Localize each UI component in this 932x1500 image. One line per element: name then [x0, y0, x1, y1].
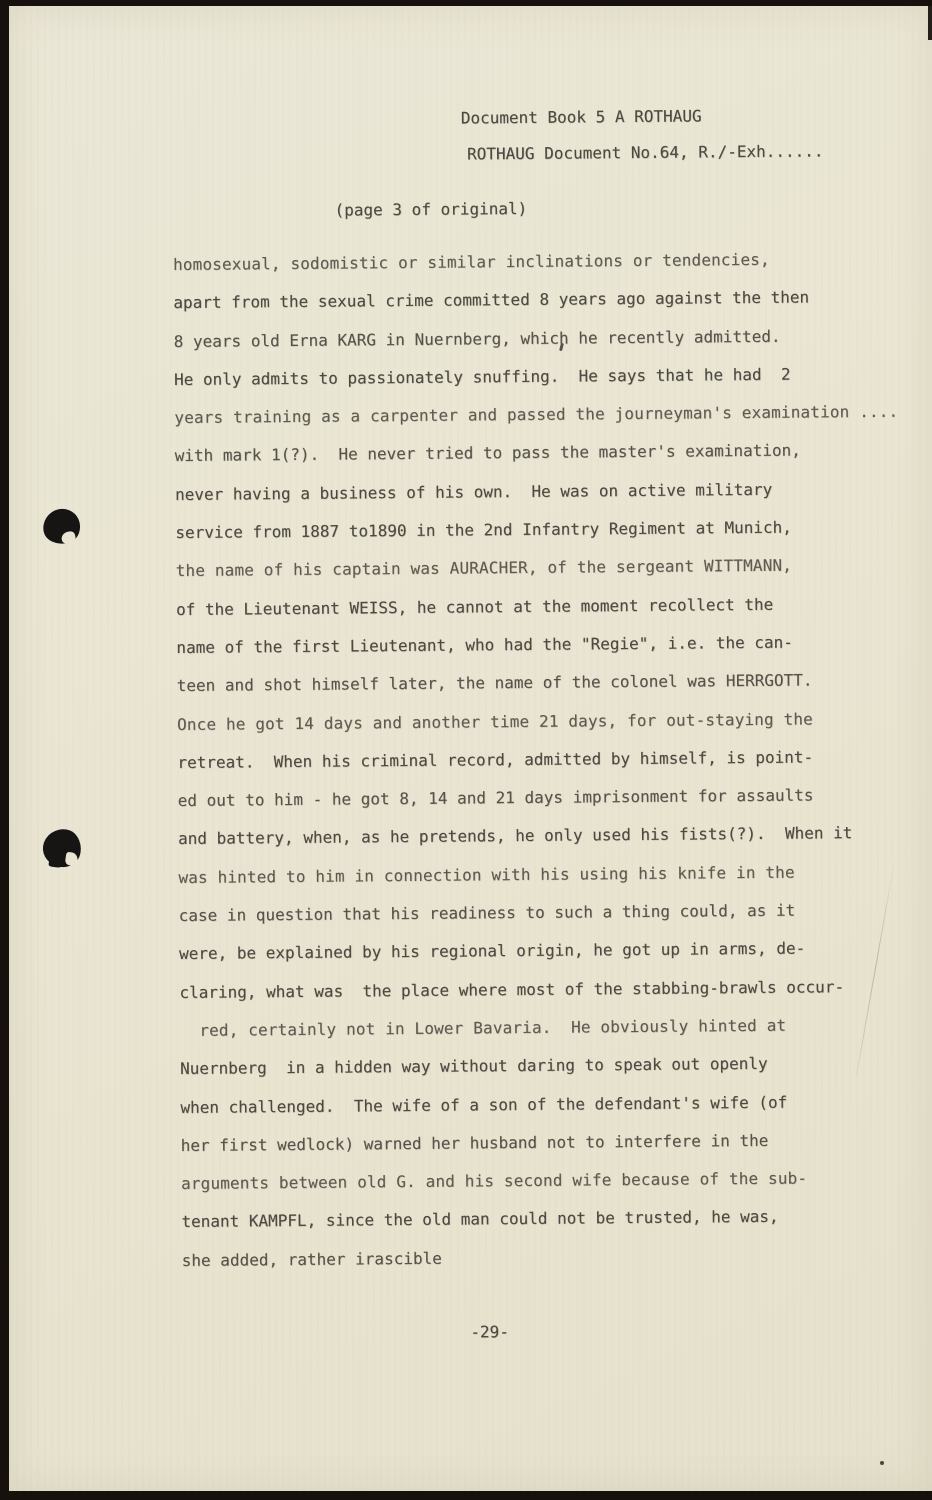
- body-line: teen and shot himself later, the name of…: [177, 661, 901, 706]
- body-line: Nuernberg in a hidden way without daring…: [180, 1044, 904, 1089]
- body-line: He only admits to passionately snuffing.…: [174, 355, 898, 400]
- page-reference: (page 3 of original): [334, 199, 527, 220]
- body-line: ed out to him - he got 8, 14 and 21 days…: [178, 776, 902, 821]
- typed-content: Document Book 5 A ROTHAUG ROTHAUG Docume…: [0, 0, 932, 1492]
- body-line: case in question that his readiness to s…: [179, 891, 903, 936]
- body-line: with mark 1(?). He never tried to pass t…: [175, 431, 899, 476]
- body-line: apart from the sexual crime committed 8 …: [173, 278, 897, 323]
- body-line: service from 1887 to1890 in the 2nd Infa…: [175, 508, 899, 553]
- body-line: retreat. When his criminal record, admit…: [177, 738, 901, 783]
- body-line: red, certainly not in Lower Bavaria. He …: [180, 1006, 904, 1051]
- scanned-page: Document Book 5 A ROTHAUG ROTHAUG Docume…: [9, 6, 932, 1491]
- body-line: and battery, when, as he pretends, he on…: [178, 814, 902, 859]
- body-line: claring, what was the place where most o…: [179, 967, 903, 1012]
- body-line: her first wedlock) warned her husband no…: [181, 1121, 905, 1166]
- body-line: she added, rather irascible: [182, 1235, 906, 1280]
- body-line: Once he got 14 days and another time 21 …: [177, 699, 901, 744]
- document-number-line: ROTHAUG Document No.64, R./-Exh......: [467, 141, 824, 163]
- page-number: -29-: [470, 1322, 509, 1341]
- body-line: the name of his captain was AURACHER, of…: [176, 546, 900, 591]
- ink-speck: [880, 1461, 884, 1465]
- body-line: years training as a carpenter and passed…: [174, 393, 898, 438]
- body-line: never having a business of his own. He w…: [175, 470, 899, 515]
- body-line: were, be explained by his regional origi…: [179, 929, 903, 974]
- body-line: tenant KAMPFL, since the old man could n…: [181, 1197, 905, 1242]
- body-line: was hinted to him in connection with his…: [178, 852, 902, 897]
- body-line: homosexual, sodomistic or similar inclin…: [173, 240, 897, 285]
- body-line: 8 years old Erna KARG in Nuernberg, whic…: [174, 316, 898, 361]
- body-line: when challenged. The wife of a son of th…: [180, 1082, 904, 1127]
- document-book-title: Document Book 5 A ROTHAUG: [461, 106, 702, 127]
- document-body: homosexual, sodomistic or similar inclin…: [173, 240, 906, 1280]
- scan-edge-sliver: [928, 6, 932, 40]
- body-line: name of the first Lieutenant, who had th…: [176, 623, 900, 668]
- body-line: arguments between old G. and his second …: [181, 1159, 905, 1204]
- body-line: of the Lieutenant WEISS, he cannot at th…: [176, 584, 900, 629]
